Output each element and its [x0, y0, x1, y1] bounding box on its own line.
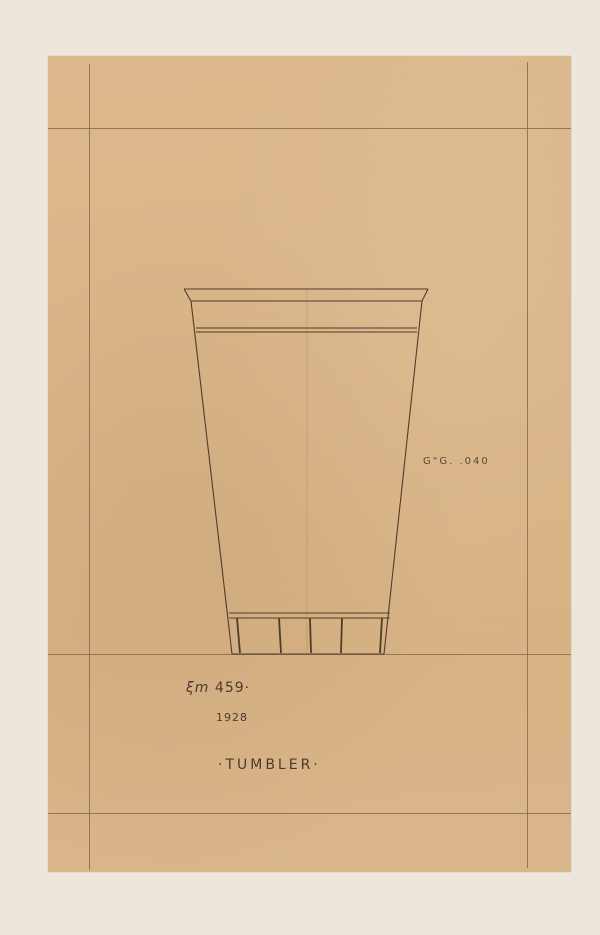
year-label: 1928 [216, 711, 248, 724]
pattern-number-label: ξm 459· [186, 680, 250, 696]
maker-mark: ξm [186, 680, 209, 696]
tumbler-drawing [0, 0, 600, 935]
specification-code: G"G. .040 [423, 456, 490, 467]
drawing-title: ·TUMBLER· [218, 757, 321, 773]
pattern-number: 459· [215, 680, 250, 696]
